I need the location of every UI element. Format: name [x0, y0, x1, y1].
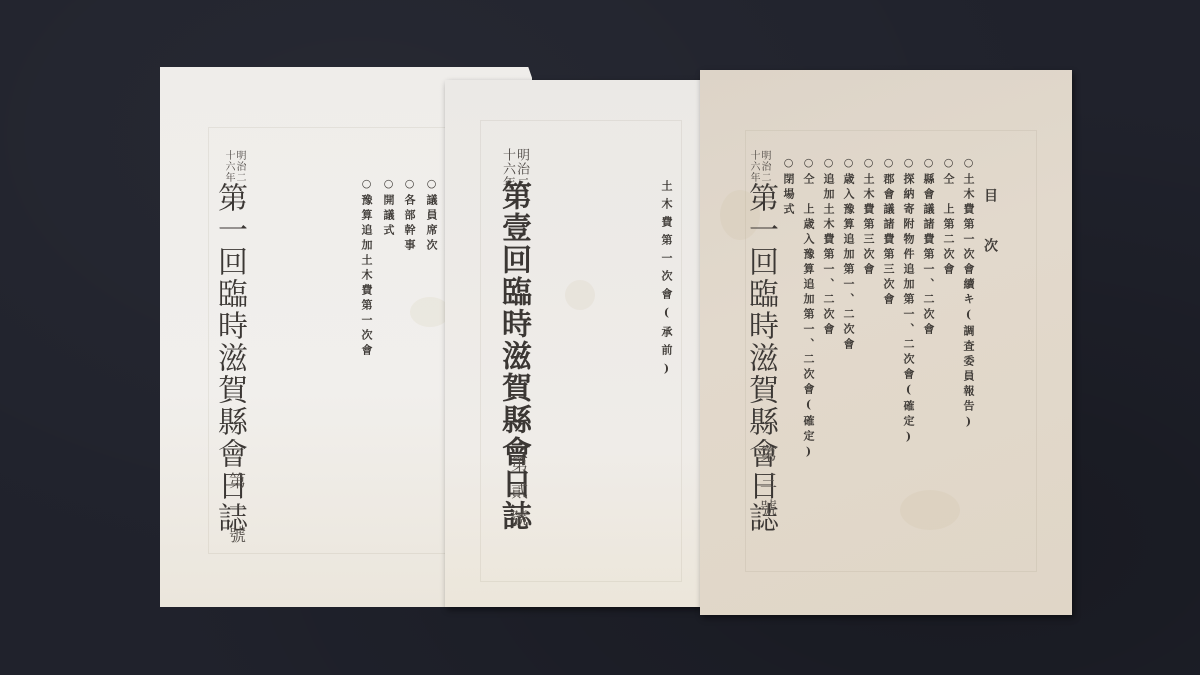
toc-item: ○仝 上歳入豫算追加第一、二次會(確定) — [802, 156, 814, 462]
toc-item: ○議員席次 — [425, 177, 437, 254]
paper-stain — [565, 280, 595, 310]
issue-number: 第一號 — [223, 472, 248, 553]
era-label: 明治二十六年 — [748, 150, 770, 183]
toc-item: ○縣會議諸費第一、二次會 — [922, 156, 934, 338]
toc-item: ○土木費第三次會 — [862, 156, 874, 278]
booklet-issue-2: 明治二十六年 第壹回臨時滋賀縣會日誌 第貳號 土木費第一次會(承前) — [445, 80, 702, 607]
booklet-issue-3: 明治二十六年 第一回臨時滋賀縣會日誌 第三號 目次 ○土木費第一次會續キ(調査委… — [700, 70, 1072, 615]
toc-item: ○豫算追加土木費第一次會 — [360, 177, 372, 359]
toc-item: ○土木費第一次會續キ(調査委員報告) — [962, 156, 974, 432]
paper-stain — [900, 490, 960, 530]
toc-item: ○追加土木費第一、二次會 — [822, 156, 834, 338]
issue-number: 第貳號 — [505, 455, 530, 536]
toc-item: ○歳入豫算追加第一、二次會 — [842, 156, 854, 353]
toc-heading: 目次 — [980, 188, 1000, 288]
toc-item: 土木費第一次會(承前) — [660, 180, 672, 382]
toc-item: ○開議式 — [382, 177, 394, 239]
toc-item: ○探納寄附物件追加第一、二次會(確定) — [902, 156, 914, 447]
toc-item: ○郡會議諸費第三次會 — [882, 156, 894, 308]
toc-item: ○閉場式 — [782, 156, 794, 218]
toc-item: ○仝 上第二次會 — [942, 156, 954, 278]
issue-number: 第三號 — [754, 445, 779, 526]
era-label: 明治二十六年 — [223, 150, 245, 183]
toc-item: ○各部幹事 — [403, 177, 415, 254]
paper-stain — [410, 297, 450, 327]
